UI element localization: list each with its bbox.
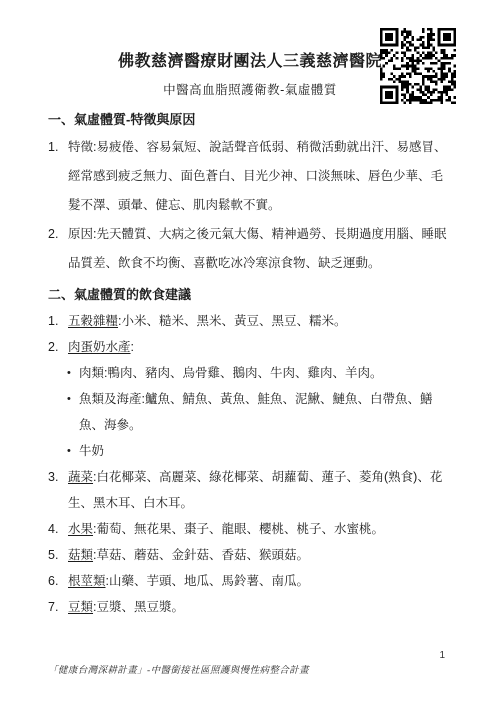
item-lead: 蔬菜 [68, 470, 93, 484]
item-lead: 特徵 [68, 140, 93, 154]
bullet-icon: • [67, 386, 79, 438]
bullet-text: 魚類及海產:鱸魚、鯖魚、黃魚、鮭魚、泥鰍、鰱魚、白帶魚、鱔魚、海參。 [79, 386, 454, 438]
page-number: 1 [439, 650, 445, 661]
bullet-icon: • [67, 438, 79, 464]
item-body: :葡萄、無花果、棗子、龍眼、櫻桃、桃子、水蜜桃。 [93, 522, 384, 536]
list-item: 2. 肉蛋奶水產: [48, 334, 454, 360]
list-item: 1. 五穀雜糧:小米、糙米、黑米、黃豆、黑豆、糯米。 [48, 308, 454, 334]
bullet-item: • 牛奶 [67, 438, 454, 464]
bullet-icon: • [67, 360, 79, 386]
item-lead: 原因 [68, 227, 93, 241]
qr-code [380, 28, 456, 104]
item-text: 特徵:易疲倦、容易氣短、說話聲音低弱、稍微活動就出汗、易感冒、經常感到疲乏無力、… [68, 133, 454, 220]
document-page: 佛教慈濟醫療財團法人三義慈濟醫院 中醫高血脂照護衛教-氣虛體質 一、氣虛體質-特… [0, 0, 500, 707]
document-body: 一、氣虛體質-特徵與原因 1. 特徵:易疲倦、容易氣短、說話聲音低弱、稍微活動就… [48, 106, 454, 620]
item-text: 肉蛋奶水產: [68, 334, 454, 360]
footer-note: 「健康台灣深耕計畫」-中醫銜接社區照護與慢性病整合計畫 [48, 662, 309, 676]
item-lead: 肉蛋奶水產 [68, 340, 131, 354]
item-body: :先天體質、大病之後元氣大傷、精神過勞、長期過度用腦、睡眠品質差、飲食不均衡、喜… [68, 227, 447, 270]
bullet-text: 肉類:鴨肉、豬肉、烏骨雞、鵝肉、牛肉、雞肉、羊肉。 [79, 360, 454, 386]
section-diet-advice: 二、氣虛體質的飲食建議 1. 五穀雜糧:小米、糙米、黑米、黃豆、黑豆、糯米。 2… [48, 281, 454, 620]
item-text: 五穀雜糧:小米、糙米、黑米、黃豆、黑豆、糯米。 [68, 308, 454, 334]
item-text: 原因:先天體質、大病之後元氣大傷、精神過勞、長期過度用腦、睡眠品質差、飲食不均衡… [68, 220, 454, 278]
item-number: 1. [48, 308, 68, 334]
list-item: 3. 蔬菜:白花椰菜、高麗菜、綠花椰菜、胡蘿蔔、蓮子、菱角(熟食)、花生、黑木耳… [48, 464, 454, 516]
list-item: 1. 特徵:易疲倦、容易氣短、說話聲音低弱、稍微活動就出汗、易感冒、經常感到疲乏… [48, 133, 454, 220]
item-text: 蔬菜:白花椰菜、高麗菜、綠花椰菜、胡蘿蔔、蓮子、菱角(熟食)、花生、黑木耳、白木… [68, 464, 454, 516]
item-body: :山藥、芋頭、地瓜、馬鈴薯、南瓜。 [106, 574, 309, 588]
item-number: 4. [48, 516, 68, 542]
item-number: 2. [48, 220, 68, 278]
item-lead: 水果 [68, 522, 93, 536]
list-item: 5. 菇類:草菇、蘑菇、金針菇、香菇、猴頭菇。 [48, 542, 454, 568]
list-item: 4. 水果:葡萄、無花果、棗子、龍眼、櫻桃、桃子、水蜜桃。 [48, 516, 454, 542]
item-lead: 豆類 [68, 600, 93, 614]
item-body: :草菇、蘑菇、金針菇、香菇、猴頭菇。 [93, 548, 309, 562]
item-text: 根莖類:山藥、芋頭、地瓜、馬鈴薯、南瓜。 [68, 568, 454, 594]
list-item: 2. 原因:先天體質、大病之後元氣大傷、精神過勞、長期過度用腦、睡眠品質差、飲食… [48, 220, 454, 278]
bullet-item: • 魚類及海產:鱸魚、鯖魚、黃魚、鮭魚、泥鰍、鰱魚、白帶魚、鱔魚、海參。 [67, 386, 454, 438]
item-lead: 菇類 [68, 548, 93, 562]
sub-bullet-list: • 肉類:鴨肉、豬肉、烏骨雞、鵝肉、牛肉、雞肉、羊肉。 • 魚類及海產:鱸魚、鯖… [67, 360, 454, 464]
item-body: :易疲倦、容易氣短、說話聲音低弱、稍微活動就出汗、易感冒、經常感到疲乏無力、面色… [68, 140, 447, 212]
item-number: 5. [48, 542, 68, 568]
item-body: :小米、糙米、黑米、黃豆、黑豆、糯米。 [118, 314, 346, 328]
item-number: 6. [48, 568, 68, 594]
bullet-item: • 肉類:鴨肉、豬肉、烏骨雞、鵝肉、牛肉、雞肉、羊肉。 [67, 360, 454, 386]
item-lead: 五穀雜糧 [68, 314, 118, 328]
item-number: 1. [48, 133, 68, 220]
item-lead: 根莖類 [68, 574, 106, 588]
item-number: 2. [48, 334, 68, 360]
item-number: 7. [48, 594, 68, 620]
item-text: 水果:葡萄、無花果、棗子、龍眼、櫻桃、桃子、水蜜桃。 [68, 516, 454, 542]
bullet-text: 牛奶 [79, 438, 454, 464]
section-heading: 一、氣虛體質-特徵與原因 [48, 106, 454, 133]
list-item: 6. 根莖類:山藥、芋頭、地瓜、馬鈴薯、南瓜。 [48, 568, 454, 594]
item-text: 菇類:草菇、蘑菇、金針菇、香菇、猴頭菇。 [68, 542, 454, 568]
section-heading: 二、氣虛體質的飲食建議 [48, 281, 454, 308]
section-characteristics: 一、氣虛體質-特徵與原因 1. 特徵:易疲倦、容易氣短、說話聲音低弱、稍微活動就… [48, 106, 454, 278]
item-body: : [131, 340, 134, 354]
item-body: :白花椰菜、高麗菜、綠花椰菜、胡蘿蔔、蓮子、菱角(熟食)、花生、黑木耳、白木耳。 [68, 470, 442, 510]
item-number: 3. [48, 464, 68, 516]
item-body: :豆漿、黑豆漿。 [93, 600, 184, 614]
list-item: 7. 豆類:豆漿、黑豆漿。 [48, 594, 454, 620]
item-text: 豆類:豆漿、黑豆漿。 [68, 594, 454, 620]
